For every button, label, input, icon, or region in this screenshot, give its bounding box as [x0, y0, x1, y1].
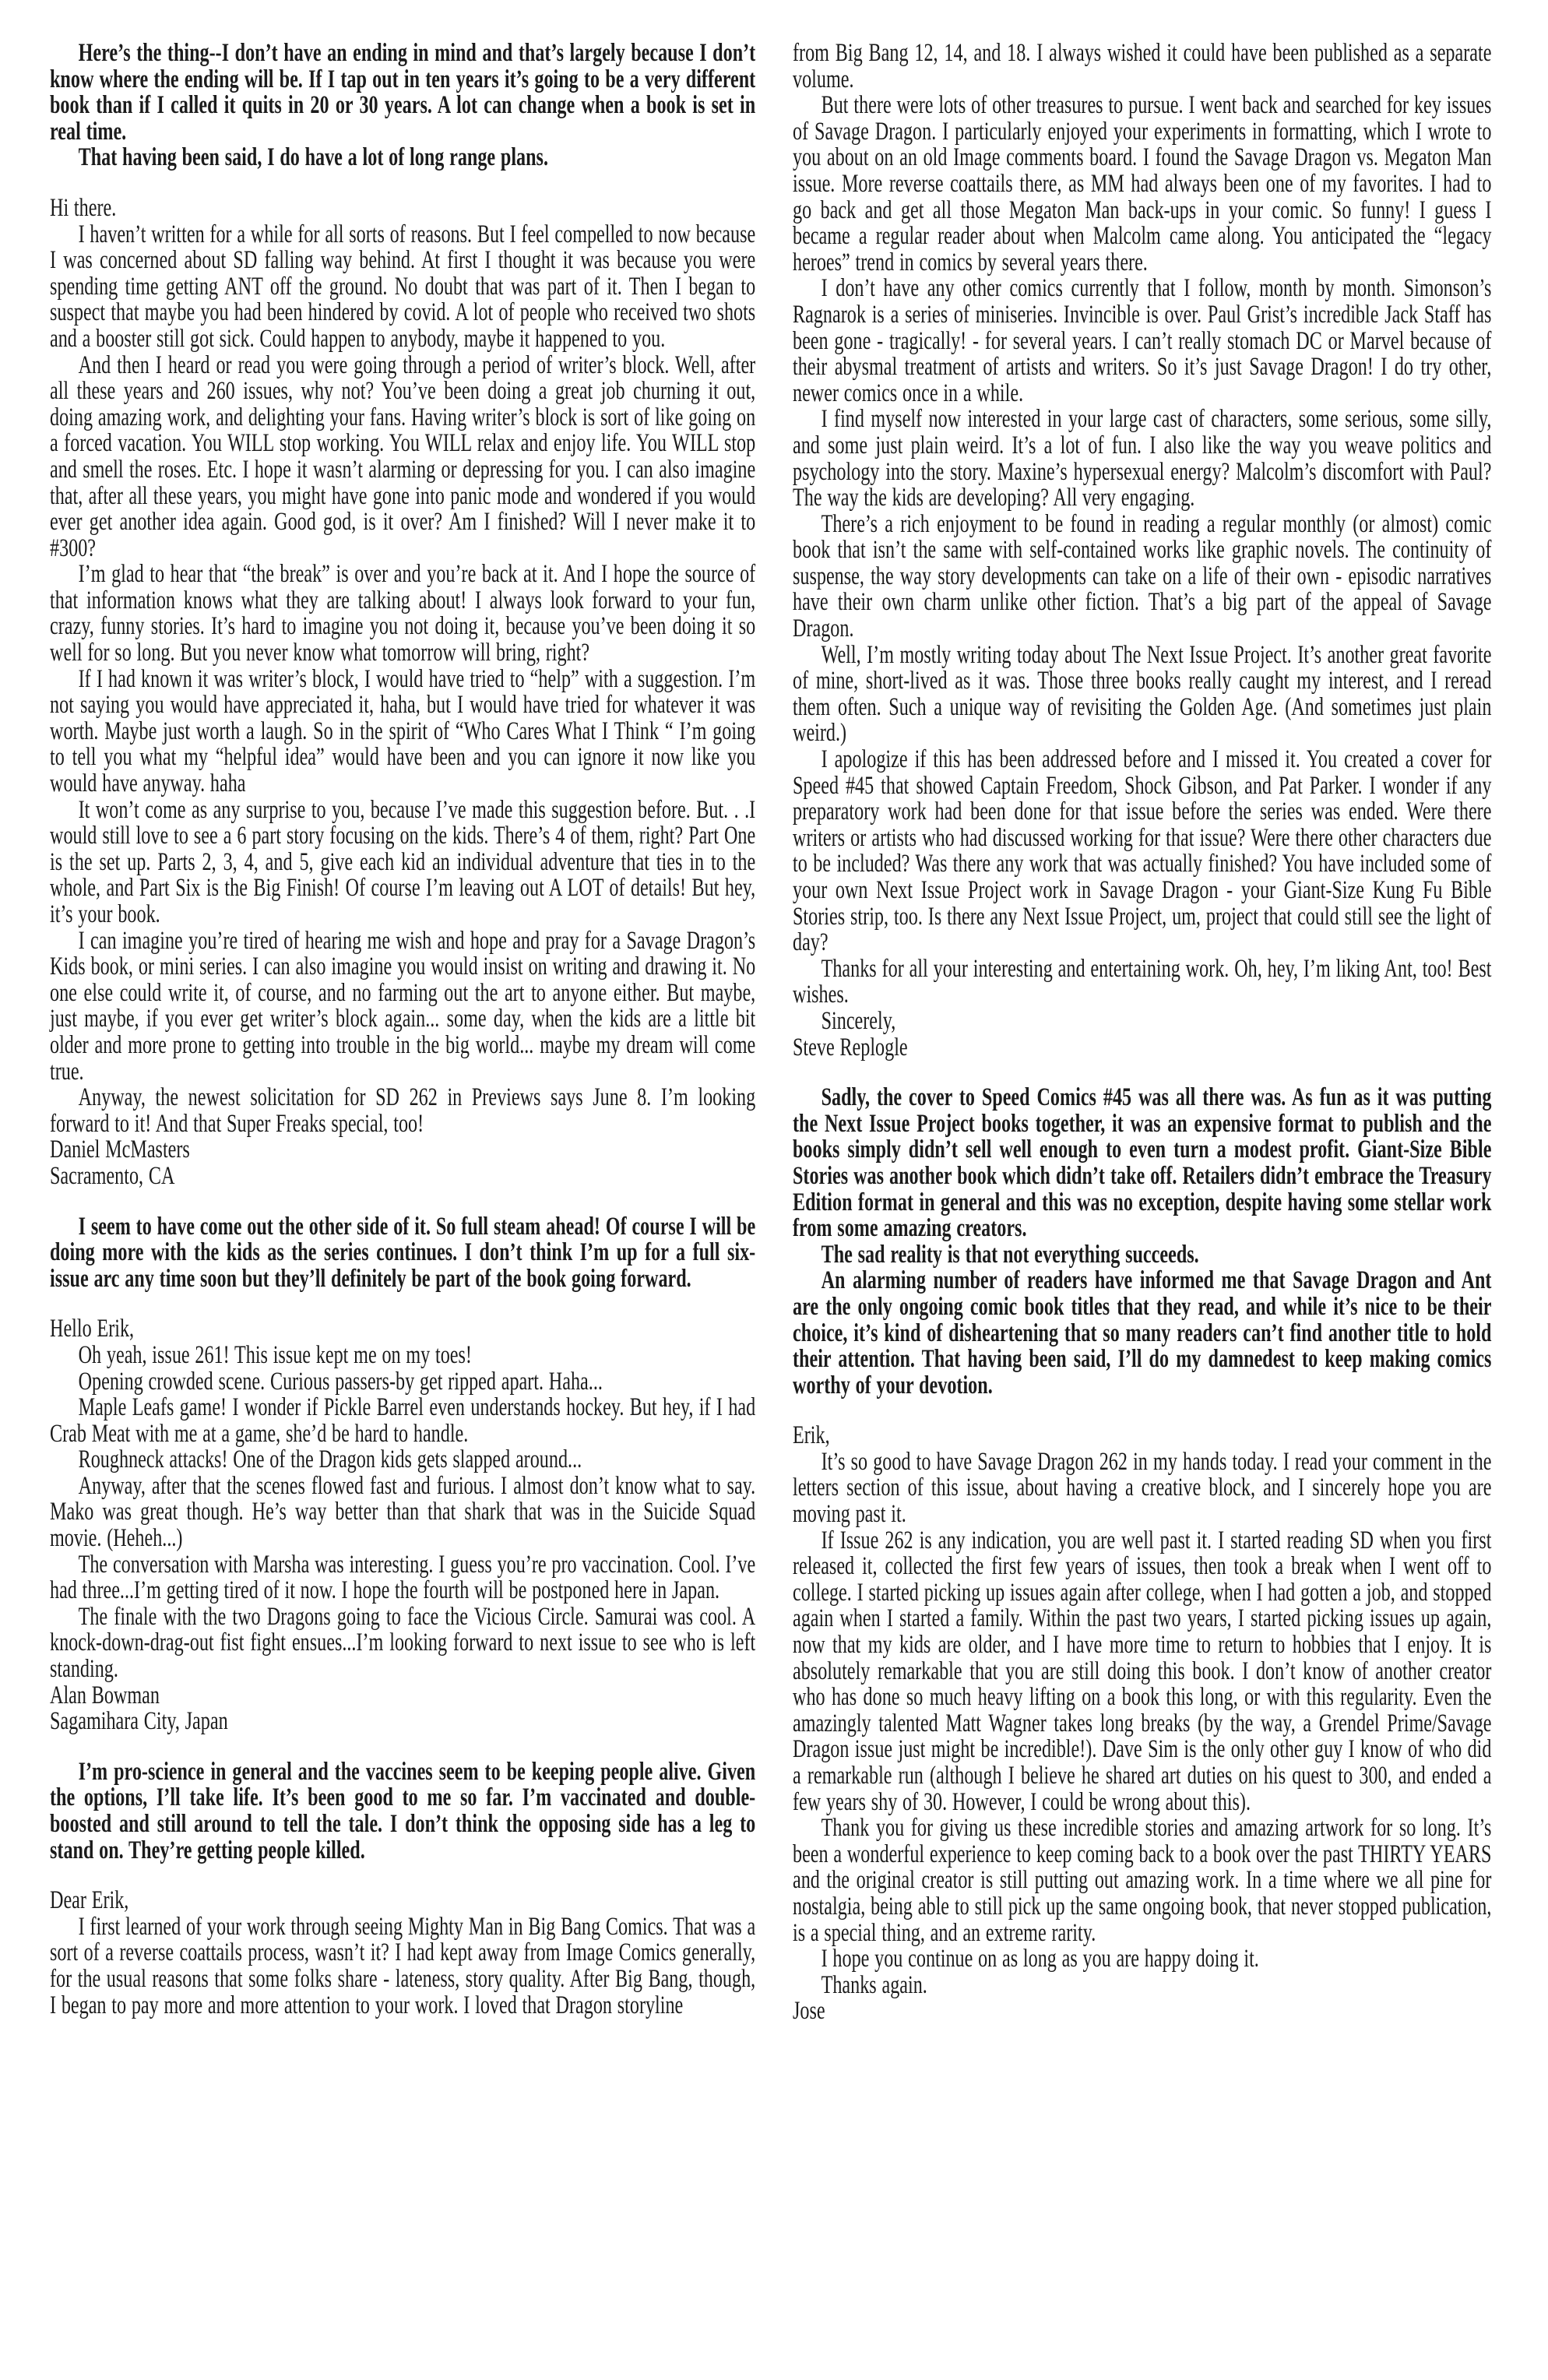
letter-paragraph: Opening crowded scene. Curious passers-b…	[50, 1369, 755, 1396]
letter-salutation: Hi there.	[50, 195, 755, 222]
editor-response-paragraph: That having been said, I do have a lot o…	[50, 145, 755, 171]
editor-response-paragraph: Here’s the thing--I don’t have an ending…	[50, 40, 755, 145]
letter-paragraph: Anyway, the newest solicitation for SD 2…	[50, 1085, 755, 1137]
section-gap	[50, 1292, 755, 1316]
letter-paragraph: It won’t come as any surprise to you, be…	[50, 797, 755, 928]
letter-paragraph: If Issue 262 is any indication, you are …	[793, 1528, 1491, 1816]
letter-signature: Sacramento, CA	[50, 1164, 755, 1190]
letter-paragraph: I hope you continue on as long as you ar…	[793, 1946, 1491, 1973]
letter-paragraph: But there were lots of other treasures t…	[793, 93, 1491, 276]
letter-paragraph: Maple Leafs game! I wonder if Pickle Bar…	[50, 1395, 755, 1447]
letter-paragraph: Well, I’m mostly writing today about The…	[793, 643, 1491, 747]
section-gap	[50, 1735, 755, 1759]
letter-salutation: Erik,	[793, 1423, 1491, 1449]
letter-paragraph: The finale with the two Dragons going to…	[50, 1604, 755, 1683]
letter-signature: Steve Replogle	[793, 1035, 1491, 1061]
letter-paragraph: And then I heard or read you were going …	[50, 353, 755, 562]
letter-paragraph: I don’t have any other comics currently …	[793, 276, 1491, 407]
section-gap	[793, 1061, 1491, 1085]
editor-response-paragraph: An alarming number of readers have infor…	[793, 1268, 1491, 1399]
editor-response-paragraph: The sad reality is that not everything s…	[793, 1242, 1491, 1269]
letter-paragraph: The conversation with Marsha was interes…	[50, 1552, 755, 1604]
letter-signature: Daniel McMasters	[50, 1137, 755, 1164]
section-gap	[50, 1864, 755, 1888]
editor-response-paragraph: Sadly, the cover to Speed Comics #45 was…	[793, 1085, 1491, 1242]
left-text-column: Here’s the thing--I don’t have an ending…	[50, 40, 755, 2019]
letter-paragraph: Thanks for all your interesting and ente…	[793, 956, 1491, 1009]
letter-signature: Sagamihara City, Japan	[50, 1709, 755, 1735]
right-text-column: from Big Bang 12, 14, and 18. I always w…	[793, 40, 1491, 2025]
letter-paragraph: I haven’t written for a while for all so…	[50, 222, 755, 353]
letter-salutation: Dear Erik,	[50, 1888, 755, 1914]
letter-paragraph: Thanks again.	[793, 1973, 1491, 1999]
letter-paragraph: I’m glad to hear that “the break” is ove…	[50, 562, 755, 666]
editor-response-paragraph: I’m pro-science in general and the vacci…	[50, 1759, 755, 1864]
letter-paragraph: It’s so good to have Savage Dragon 262 i…	[793, 1449, 1491, 1528]
letter-paragraph: Sincerely,	[793, 1009, 1491, 1035]
section-gap	[50, 171, 755, 195]
letter-paragraph: Roughneck attacks! One of the Dragon kid…	[50, 1447, 755, 1473]
letter-paragraph: I find myself now interested in your lar…	[793, 407, 1491, 511]
section-gap	[793, 1399, 1491, 1423]
section-gap	[50, 1190, 755, 1214]
letter-signature: Alan Bowman	[50, 1683, 755, 1709]
letter-paragraph: I first learned of your work through see…	[50, 1914, 755, 2019]
letters-page: Here’s the thing--I don’t have an ending…	[0, 0, 1548, 2380]
letter-signature: Jose	[793, 1998, 1491, 2025]
letter-paragraph: Thank you for giving us these incredible…	[793, 1815, 1491, 1946]
editor-response-paragraph: I seem to have come out the other side o…	[50, 1214, 755, 1293]
letter-paragraph: I can imagine you’re tired of hearing me…	[50, 928, 755, 1086]
letter-paragraph: Oh yeah, issue 261! This issue kept me o…	[50, 1343, 755, 1369]
letter-paragraph: Anyway, after that the scenes flowed fas…	[50, 1473, 755, 1552]
letter-paragraph: There’s a rich enjoyment to be found in …	[793, 512, 1491, 643]
letter-salutation: Hello Erik,	[50, 1316, 755, 1343]
letter-paragraph: If I had known it was writer’s block, I …	[50, 667, 755, 797]
letter-paragraph: I apologize if this has been addressed b…	[793, 747, 1491, 956]
letter-paragraph-continued: from Big Bang 12, 14, and 18. I always w…	[793, 40, 1491, 93]
